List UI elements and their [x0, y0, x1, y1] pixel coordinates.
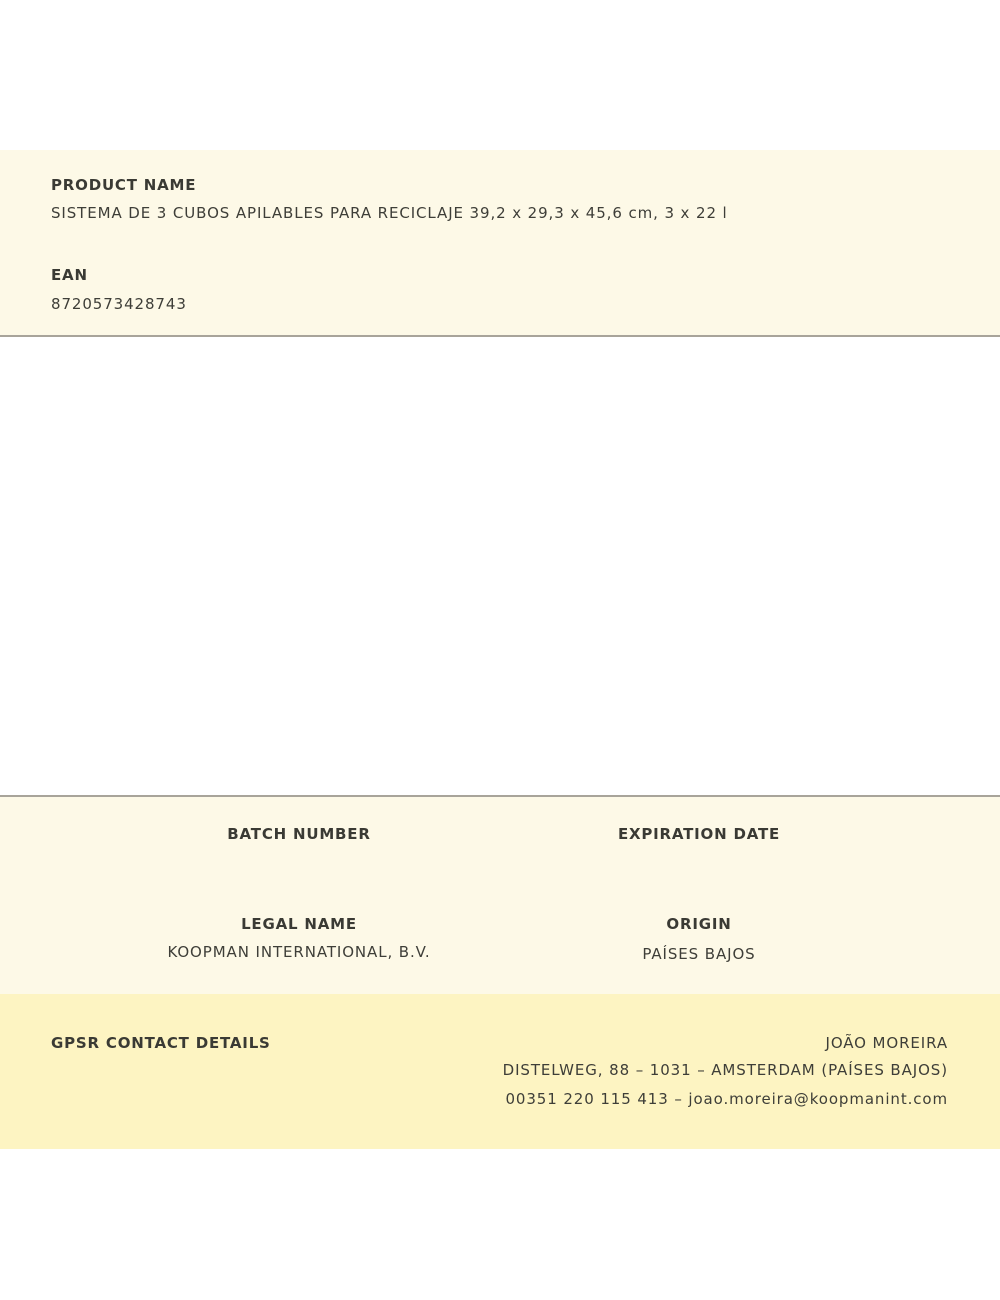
batch-info-section: BATCH NUMBER EXPIRATION DATE LEGAL NAME …: [0, 795, 1000, 996]
expiration-date-label: EXPIRATION DATE: [618, 825, 780, 843]
gpsr-contact-label: GPSR CONTACT DETAILS: [51, 1034, 271, 1052]
gpsr-contact-name: JOÃO MOREIRA: [826, 1034, 949, 1052]
origin-label: ORIGIN: [666, 915, 731, 933]
ean-label: EAN: [51, 266, 88, 284]
ean-value: 8720573428743: [51, 295, 187, 313]
gpsr-contact-section: GPSR CONTACT DETAILS JOÃO MOREIRA DISTEL…: [0, 994, 1000, 1149]
batch-number-label: BATCH NUMBER: [227, 825, 370, 843]
product-name-value: SISTEMA DE 3 CUBOS APILABLES PARA RECICL…: [51, 204, 728, 222]
legal-name-value: KOOPMAN INTERNATIONAL, B.V.: [167, 943, 430, 961]
gpsr-contact-address: DISTELWEG, 88 – 1031 – AMSTERDAM (PAÍSES…: [503, 1061, 948, 1079]
origin-value: PAÍSES BAJOS: [642, 945, 755, 963]
product-info-section: PRODUCT NAME SISTEMA DE 3 CUBOS APILABLE…: [0, 150, 1000, 337]
legal-name-label: LEGAL NAME: [241, 915, 357, 933]
gpsr-contact-phone-email: 00351 220 115 413 – joao.moreira@koopman…: [505, 1090, 948, 1108]
product-name-label: PRODUCT NAME: [51, 176, 196, 194]
